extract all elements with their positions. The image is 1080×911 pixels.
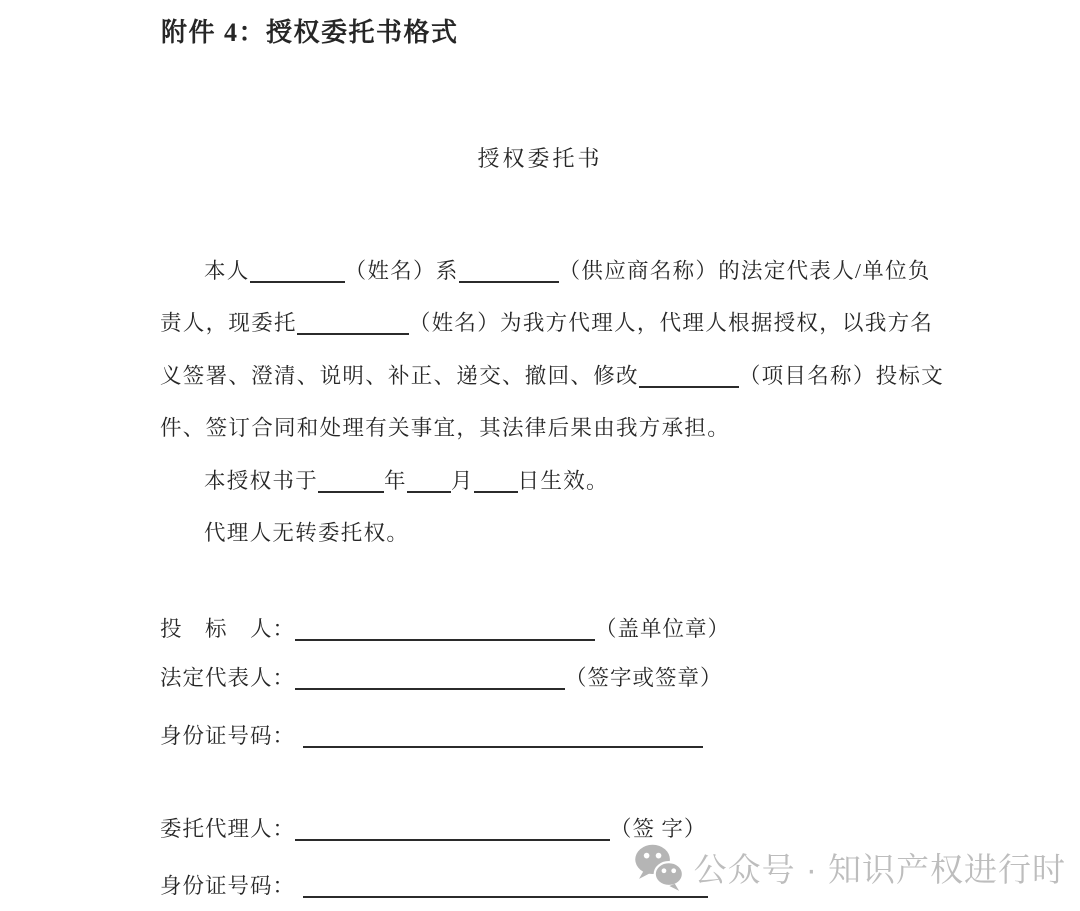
bidder-label: 投 标 人： — [160, 617, 295, 641]
attachment-title: 附件 4：授权委托书格式 — [161, 12, 459, 49]
signature-line-legal-rep: 法定代表人：（签字或签章） — [160, 661, 723, 692]
body-text: （项目名称）投标文 — [739, 364, 944, 388]
body-text: 代理人无转委托权。 — [204, 521, 409, 545]
id-number-label: 身份证号码： — [160, 724, 295, 748]
body-text: （姓名）系 — [345, 259, 459, 283]
legal-rep-label: 法定代表人： — [160, 666, 295, 690]
paragraph-line-2: 责人，现委托（姓名）为我方代理人，代理人根据授权，以我方名 — [160, 297, 935, 349]
watermark-text: 公众号 · 知识产权进行时 — [694, 844, 1066, 891]
blank-month — [407, 473, 451, 493]
wechat-icon — [632, 841, 684, 893]
paragraph-line-6: 代理人无转委托权。 — [160, 507, 935, 559]
blank-principal-name — [250, 263, 345, 283]
watermark: 公众号 · 知识产权进行时 — [632, 841, 1066, 893]
body-text: 日生效。 — [518, 469, 609, 493]
paragraph-line-4: 件、签订合同和处理有关事宜，其法律后果由我方承担。 — [160, 402, 935, 454]
blank-agent-signature — [295, 821, 610, 841]
paragraph-line-3: 义签署、澄清、说明、补正、递交、撤回、修改（项目名称）投标文 — [160, 350, 935, 402]
bidder-suffix: （盖单位章） — [595, 617, 730, 641]
agent-suffix: （签 字） — [610, 817, 706, 841]
agent-label: 委托代理人： — [160, 817, 295, 841]
body-text: 本人 — [204, 259, 250, 283]
body-text: 责人，现委托 — [160, 311, 297, 335]
id-number-label: 身份证号码： — [160, 874, 295, 898]
legal-rep-suffix: （签字或签章） — [565, 666, 723, 690]
document-title: 授权委托书 — [0, 142, 1080, 173]
signature-line-bidder: 投 标 人：（盖单位章） — [160, 612, 730, 643]
blank-legal-rep-signature — [295, 670, 565, 690]
body-text: （供应商名称）的法定代表人/单位负 — [559, 259, 931, 283]
body-text: （姓名）为我方代理人，代理人根据授权，以我方名 — [409, 311, 933, 335]
blank-year — [318, 473, 384, 493]
body-text: 月 — [451, 469, 474, 493]
blank-day — [474, 473, 518, 493]
paragraph-line-5: 本授权书于年月日生效。 — [160, 455, 935, 507]
signature-line-id-number-2: 身份证号码： — [160, 869, 708, 900]
blank-supplier-name — [459, 263, 559, 283]
blank-agent-name — [297, 315, 409, 335]
body-text: 件、签订合同和处理有关事宜，其法律后果由我方承担。 — [160, 416, 730, 440]
blank-project-name — [639, 368, 739, 388]
power-of-attorney-document: 附件 4：授权委托书格式 授权委托书 本人（姓名）系（供应商名称）的法定代表人/… — [0, 0, 1080, 911]
blank-bidder-signature — [295, 621, 595, 641]
signature-line-id-number-1: 身份证号码： — [160, 719, 703, 750]
signature-line-agent: 委托代理人：（签 字） — [160, 812, 706, 843]
body-text: 本授权书于 — [204, 469, 318, 493]
body-text: 义签署、澄清、说明、补正、递交、撤回、修改 — [160, 364, 639, 388]
blank-id-number-1 — [303, 728, 703, 748]
paragraph-line-1: 本人（姓名）系（供应商名称）的法定代表人/单位负 — [160, 245, 935, 297]
body-text: 年 — [384, 469, 407, 493]
body-paragraph: 本人（姓名）系（供应商名称）的法定代表人/单位负 责人，现委托（姓名）为我方代理… — [160, 245, 935, 559]
